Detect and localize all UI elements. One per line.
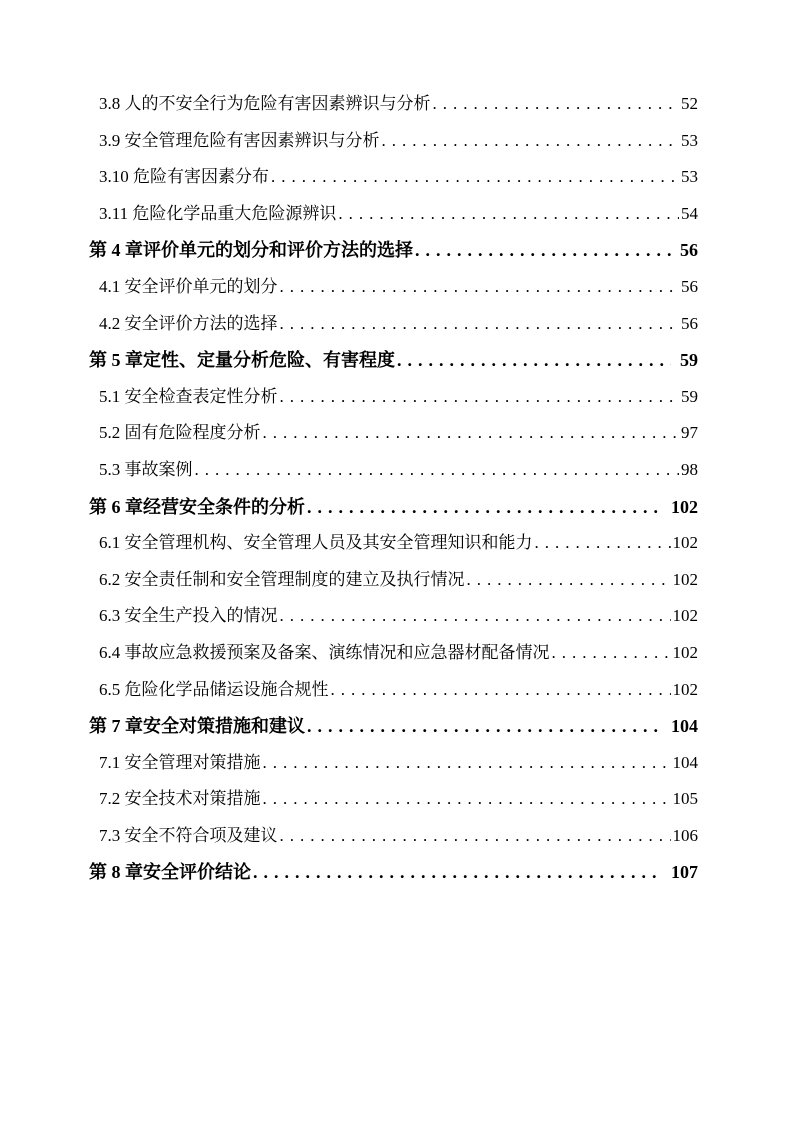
toc-entry-page: 56 <box>680 232 698 269</box>
toc-list: 3.8 人的不安全行为危险有害因素辨识与分析 52 3.9 安全管理危险有害因素… <box>89 86 698 891</box>
toc-entry-page: 102 <box>673 562 699 599</box>
toc-entry-page: 52 <box>681 86 698 123</box>
toc-entry-page: 102 <box>671 489 698 526</box>
toc-entry: 3.11 危险化学品重大危险源辨识 54 <box>89 196 698 233</box>
toc-entry-label: 3.8 人的不安全行为危险有害因素辨识与分析 <box>99 86 431 123</box>
toc-entry: 3.9 安全管理危险有害因素辨识与分析 53 <box>89 123 698 160</box>
toc-entry-page: 106 <box>673 818 699 855</box>
toc-entry-label: 第 4 章评价单元的划分和评价方法的选择 <box>89 232 413 269</box>
toc-entry-page: 102 <box>673 525 699 562</box>
dot-leader <box>552 635 671 672</box>
toc-entry-label: 6.5 危险化学品储运设施合规性 <box>99 672 329 709</box>
toc-entry-page: 102 <box>673 672 699 709</box>
toc-entry: 6.1 安全管理机构、安全管理人员及其安全管理知识和能力 102 <box>89 525 698 562</box>
toc-entry-label: 7.2 安全技术对策措施 <box>99 781 261 818</box>
dot-leader <box>307 708 662 745</box>
toc-entry: 4.2 安全评价方法的选择 56 <box>89 306 698 343</box>
toc-entry-label: 4.2 安全评价方法的选择 <box>99 306 278 343</box>
toc-entry: 5.3 事故案例 98 <box>89 452 698 489</box>
toc-entry-page: 107 <box>671 854 698 891</box>
toc-entry: 5.1 安全检查表定性分析 59 <box>89 379 698 416</box>
dot-leader <box>433 86 680 123</box>
toc-entry: 第 4 章评价单元的划分和评价方法的选择 56 <box>89 232 698 269</box>
toc-entry-page: 102 <box>673 635 699 672</box>
toc-entry-page: 56 <box>681 269 698 306</box>
dot-leader <box>338 196 679 233</box>
toc-entry: 7.1 安全管理对策措施 104 <box>89 745 698 782</box>
dot-leader <box>280 379 680 416</box>
toc-entry-label: 第 7 章安全对策措施和建议 <box>89 708 305 745</box>
dot-leader <box>331 672 671 709</box>
dot-leader <box>280 269 680 306</box>
toc-entry: 4.1 安全评价单元的划分 56 <box>89 269 698 306</box>
toc-entry-page: 104 <box>673 745 699 782</box>
toc-entry-page: 53 <box>681 159 698 196</box>
toc-entry-label: 第 8 章安全评价结论 <box>89 854 251 891</box>
toc-entry-label: 6.3 安全生产投入的情况 <box>99 598 278 635</box>
toc-entry: 第 8 章安全评价结论 107 <box>89 854 698 891</box>
dot-leader <box>467 562 671 599</box>
toc-entry-page: 54 <box>681 196 698 233</box>
toc-entry: 7.3 安全不符合项及建议 106 <box>89 818 698 855</box>
toc-entry-label: 3.11 危险化学品重大危险源辨识 <box>99 196 336 233</box>
toc-entry: 6.3 安全生产投入的情况 102 <box>89 598 698 635</box>
toc-entry: 3.8 人的不安全行为危险有害因素辨识与分析 52 <box>89 86 698 123</box>
toc-entry-label: 5.2 固有危险程度分析 <box>99 415 261 452</box>
toc-entry-label: 5.3 事故案例 <box>99 452 193 489</box>
dot-leader <box>263 415 680 452</box>
toc-entry-page: 104 <box>671 708 698 745</box>
dot-leader <box>535 525 671 562</box>
toc-entry: 3.10 危险有害因素分布 53 <box>89 159 698 196</box>
toc-entry: 6.4 事故应急救援预案及备案、演练情况和应急器材配备情况 102 <box>89 635 698 672</box>
toc-entry: 5.2 固有危险程度分析 97 <box>89 415 698 452</box>
toc-entry-label: 6.4 事故应急救援预案及备案、演练情况和应急器材配备情况 <box>99 635 550 672</box>
toc-entry-label: 第 6 章经营安全条件的分析 <box>89 489 305 526</box>
dot-leader <box>253 854 662 891</box>
toc-entry-page: 97 <box>681 415 698 452</box>
dot-leader <box>280 598 671 635</box>
dot-leader <box>263 745 671 782</box>
toc-entry-label: 7.3 安全不符合项及建议 <box>99 818 278 855</box>
toc-entry: 第 7 章安全对策措施和建议 104 <box>89 708 698 745</box>
toc-entry-page: 102 <box>673 598 699 635</box>
toc-entry-label: 5.1 安全检查表定性分析 <box>99 379 278 416</box>
dot-leader <box>271 159 679 196</box>
toc-entry-label: 4.1 安全评价单元的划分 <box>99 269 278 306</box>
toc-entry-label: 3.9 安全管理危险有害因素辨识与分析 <box>99 123 380 160</box>
toc-entry-label: 6.1 安全管理机构、安全管理人员及其安全管理知识和能力 <box>99 525 533 562</box>
toc-entry: 7.2 安全技术对策措施 105 <box>89 781 698 818</box>
toc-entry: 第 6 章经营安全条件的分析 102 <box>89 489 698 526</box>
toc-entry-label: 第 5 章定性、定量分析危险、有害程度 <box>89 342 395 379</box>
dot-leader <box>382 123 680 160</box>
dot-leader <box>280 306 680 343</box>
dot-leader <box>195 452 680 489</box>
toc-entry-page: 105 <box>673 781 699 818</box>
toc-entry-label: 3.10 危险有害因素分布 <box>99 159 269 196</box>
toc-entry: 6.5 危险化学品储运设施合规性 102 <box>89 672 698 709</box>
dot-leader <box>307 489 662 526</box>
toc-entry-page: 53 <box>681 123 698 160</box>
toc-entry-page: 59 <box>680 342 698 379</box>
dot-leader <box>415 232 671 269</box>
dot-leader <box>263 781 671 818</box>
toc-entry: 6.2 安全责任制和安全管理制度的建立及执行情况 102 <box>89 562 698 599</box>
document-page: 3.8 人的不安全行为危险有害因素辨识与分析 52 3.9 安全管理危险有害因素… <box>0 0 794 1123</box>
dot-leader <box>397 342 671 379</box>
toc-entry-page: 56 <box>681 306 698 343</box>
toc-entry-label: 6.2 安全责任制和安全管理制度的建立及执行情况 <box>99 562 465 599</box>
toc-entry: 第 5 章定性、定量分析危险、有害程度 59 <box>89 342 698 379</box>
toc-entry-page: 59 <box>681 379 698 416</box>
toc-entry-label: 7.1 安全管理对策措施 <box>99 745 261 782</box>
toc-entry-page: 98 <box>681 452 698 489</box>
dot-leader <box>280 818 671 855</box>
